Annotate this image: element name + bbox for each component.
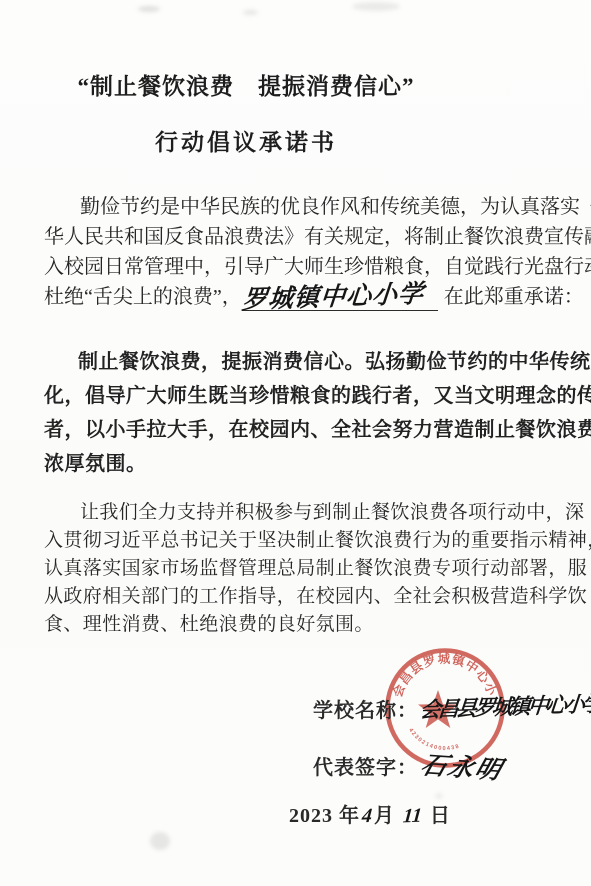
date-day-unit: 日	[430, 805, 451, 827]
paragraph-commitment: 让我们全力支持并积极参与到制止餐饮浪费各项行动中，深 入贯彻习近平总书记关于坚决…	[44, 499, 566, 639]
paragraph-line: 让我们全力支持并积极参与到制止餐饮浪费各项行动中，深	[44, 499, 566, 527]
date-year: 2023 年	[289, 805, 360, 827]
paragraph-line: 入贯彻习近平总书记关于坚决制止餐饮浪费行为的重要指示精神，	[44, 527, 566, 555]
paragraph-line: 浓厚氛围。	[44, 447, 566, 481]
paragraph-line: 华人民共和国反食品浪费法》有关规定，将制止餐饮浪费宣传融	[44, 222, 566, 252]
document-title-line2: 行动倡议承诺书	[0, 124, 492, 157]
paragraph-line: 认真落实国家市场监督管理总局制止餐饮浪费专项行动部署，服	[44, 555, 566, 583]
scan-smudge	[138, 6, 160, 12]
scan-smudge	[243, 10, 258, 15]
paragraph-line: 者，以小手拉大手，在校园内、全社会努力营造制止餐饮浪费的	[44, 413, 566, 447]
school-name-blank-underline: 罗城镇中心小学	[242, 286, 438, 311]
scan-smudge	[436, 794, 442, 798]
signature-line: 代表签字：石永明	[313, 746, 499, 782]
scanned-pledge-document: “制止餐饮浪费 提振消费信心” 行动倡议承诺书 勤俭节约是中华民族的优良作风和传…	[0, 0, 591, 886]
paragraph-line: 食、理性消费、杜绝浪费的良好氛围。	[44, 611, 566, 639]
school-name-line: 学校名称：会昌县罗城镇中心小学	[313, 694, 591, 724]
document-title-line1: “制止餐饮浪费 提振消费信心”	[0, 68, 492, 101]
scan-smudge	[352, 2, 400, 11]
paragraph-line: 制止餐饮浪费，提振消费信心。弘扬勤俭节约的中华传统文	[44, 345, 566, 379]
paragraph-line: 入校园日常管理中，引导广大师生珍惜粮食，自觉践行光盘行动，	[44, 252, 566, 282]
school-name-label: 学校名称：	[313, 700, 418, 722]
handwritten-school-name-inline: 罗城镇中心小学	[241, 285, 425, 311]
paragraph-line: 从政府相关部门的工作指导，在校园内、全社会积极营造科学饮	[44, 583, 566, 611]
handwritten-day: 11	[402, 805, 423, 829]
line4-prefix: 杜绝“舌尖上的浪费”，	[44, 286, 242, 308]
line4-suffix: 在此郑重承诺：	[444, 286, 584, 308]
handwritten-school-name: 会昌县罗城镇中心小学	[419, 688, 591, 724]
paragraph-line: 勤俭节约是中华民族的优良作风和传统美德，为认真落实《中	[44, 192, 566, 222]
paragraph-pledge-bold: 制止餐饮浪费，提振消费信心。弘扬勤俭节约的中华传统文 化，倡导广大师生既当珍惜粮…	[44, 345, 566, 481]
handwritten-month: 4	[361, 805, 373, 828]
paragraph-line: 化，倡导广大师生既当珍惜粮食的践行者，又当文明理念的传播	[44, 379, 566, 413]
paragraph-intro: 勤俭节约是中华民族的优良作风和传统美德，为认真落实《中 华人民共和国反食品浪费法…	[44, 192, 566, 312]
signature-label: 代表签字：	[313, 757, 418, 779]
date-month-unit: 月	[374, 805, 395, 827]
scan-smudge	[150, 832, 170, 850]
handwritten-signature: 石永明	[417, 745, 508, 786]
paragraph-line-with-blank: 杜绝“舌尖上的浪费”，罗城镇中心小学在此郑重承诺：	[44, 282, 566, 312]
date-line: 2023 年4月 11 日	[289, 799, 451, 828]
